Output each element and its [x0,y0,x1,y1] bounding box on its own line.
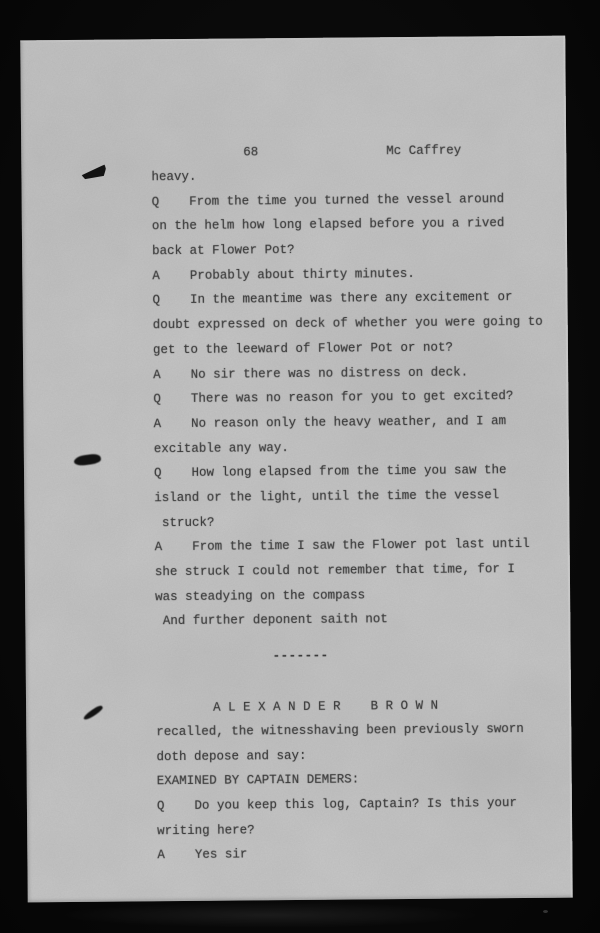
transcript-line: Q From the time you turned the vessel ar… [152,187,542,215]
recalled-witness-heading: A L E X A N D E R B R O W N [213,694,438,721]
transcript-line: back at Flower Pot? [152,236,542,264]
transcript-line: get to the leeward of Flower Pot or not? [153,335,543,363]
recall-section-body: recalled, the witnesshaving been previou… [156,717,525,868]
transcript-line: doubt expressed on deck of whether you w… [153,310,543,338]
transcript-body: heavy.Q From the time you turned the ves… [151,122,546,634]
transcript-line: And further deponent saith not [155,606,545,634]
transcript-line: Q How long elapsed from the time you saw… [154,458,544,486]
transcript-line: Q There was no reason for you to get exc… [153,384,543,412]
transcript-line: island or the light, until the time the … [154,483,544,511]
transcript-line: A From the time I saw the Flower pot las… [155,532,545,560]
scan-speck [543,910,548,913]
transcript-line: A Yes sir [157,840,525,868]
transcript-line: heavy. [151,162,541,190]
transcript-line: EXAMINED BY CAPTAIN DEMERS: [157,766,525,794]
transcript-line: she struck I could not remember that tim… [155,557,545,585]
dash-ink-mark-icon [73,453,101,466]
transcript-line: A Probably about thirty minutes. [152,261,542,289]
transcript-line: struck? [154,507,544,535]
transcript-line: on the helm how long elapsed before you … [152,211,542,239]
transcript-line: writing here? [157,816,525,844]
transcript-line: Q Do you keep this log, Captain? Is this… [157,791,525,819]
transcript-line: doth depose and say: [156,742,524,770]
scanner-background: 68 Mc Caffrey heavy.Q From the time you … [0,0,600,933]
transcript-line: excitable any way. [154,433,544,461]
transcript-line: recalled, the witnesshaving been previou… [156,717,524,745]
section-separator: ------- [273,644,329,669]
scan-smudge [60,902,480,928]
transcript-line: A No sir there was no distress on deck. [153,359,543,387]
paper-page: 68 Mc Caffrey heavy.Q From the time you … [20,36,573,903]
transcript-line: was steadying on the compass [155,582,545,610]
transcript-line: Q In the meantime was there any exciteme… [152,285,542,313]
transcript-line: A No reason only the heavy weather, and … [153,409,543,437]
wedge-ink-mark-icon [81,164,107,181]
flick-ink-mark-icon [82,704,104,721]
